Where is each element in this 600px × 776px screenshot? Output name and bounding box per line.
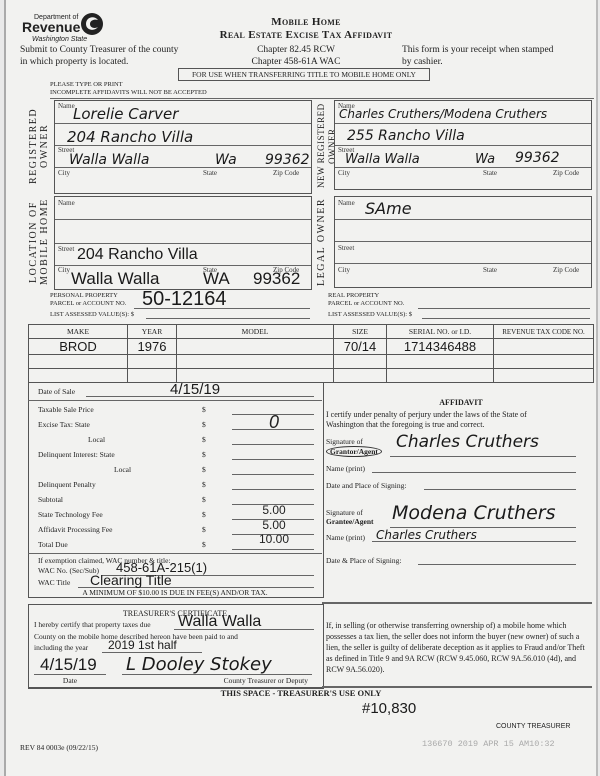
cell-tax-code[interactable] xyxy=(494,339,594,355)
grantor-sig-label-1: Signature of xyxy=(326,437,363,446)
wac-title-label: WAC Title xyxy=(38,578,70,587)
receipt-note-1: This form is your receipt when stamped xyxy=(402,45,553,55)
table-row xyxy=(29,369,594,383)
location-zip[interactable]: 99362 xyxy=(253,269,300,289)
real-parcel-label-1: REAL PROPERTY xyxy=(328,292,379,299)
assessed-label-right: LIST ASSESSED VALUE(S): $ xyxy=(328,311,412,318)
zip-label: Zip Code xyxy=(273,169,299,177)
table-row xyxy=(29,355,594,369)
location-city[interactable]: Walla Walla xyxy=(71,269,159,289)
dor-swirl-icon xyxy=(80,12,104,36)
currency-sign: $ xyxy=(202,495,206,504)
fee-label-delinquent-state: Delinquent Interest: State xyxy=(38,450,115,459)
col-year: YEAR xyxy=(128,325,177,339)
registered-owner-address[interactable]: 204 Rancho Villa xyxy=(67,128,193,146)
affidavit-text-1: I certify under penalty of perjury under… xyxy=(326,410,527,419)
col-model: MODEL xyxy=(177,325,334,339)
fee-label-subtotal: Subtotal xyxy=(38,495,63,504)
cell-make[interactable] xyxy=(29,369,128,383)
form-number: REV 84 0003e (09/22/15) xyxy=(20,743,98,752)
fee-label-excise-local: Local xyxy=(88,435,105,444)
new-owner-name[interactable]: Charles Cruthers/Modena Cruthers xyxy=(339,107,547,121)
date-of-sale-value[interactable]: 4/15/19 xyxy=(170,381,220,398)
state-label: State xyxy=(483,266,497,274)
currency-sign: $ xyxy=(202,540,206,549)
affidavit-form-page: Department of Revenue Washington State M… xyxy=(4,0,598,776)
fee-label-total-due: Total Due xyxy=(38,540,68,549)
affidavit-title: AFFIDAVIT xyxy=(326,398,596,407)
treasurer-cert-text-1: I hereby certify that property taxes due xyxy=(34,620,151,629)
col-tax-code: REVENUE TAX CODE NO. xyxy=(494,325,594,339)
handwritten-amount: #10,830 xyxy=(362,700,416,717)
date-place-label: Date and Place of Signing: xyxy=(326,481,406,490)
stamp-label: COUNTY TREASURER xyxy=(496,723,570,730)
treasurer-cert-date[interactable]: 4/15/19 xyxy=(40,655,97,675)
new-owner-box: Name Charles Cruthers/Modena Cruthers 25… xyxy=(334,100,592,190)
city-label: City xyxy=(338,266,350,274)
date-place-label-2: Date & Place of Signing: xyxy=(326,556,401,565)
new-owner-address[interactable]: 255 Rancho Villa xyxy=(347,128,465,144)
logo-revenue: Revenue xyxy=(22,21,80,34)
currency-sign: $ xyxy=(202,510,206,519)
submit-note-1: Submit to County Treasurer of the county xyxy=(20,45,178,55)
name-label: Name xyxy=(338,199,355,207)
dor-logo: Department of Revenue Washington State xyxy=(18,10,108,44)
location-state[interactable]: WA xyxy=(203,269,230,289)
real-parcel-label-2: PARCEL or ACCOUNT NO. xyxy=(328,300,404,307)
grantor-sig-label-2: Grantor/Agent xyxy=(326,446,382,457)
table-header-row: MAKE YEAR MODEL SIZE SERIAL NO. or I.D. … xyxy=(29,325,594,339)
section-location: LOCATION OF MOBILE HOME xyxy=(28,196,50,288)
registered-owner-box: Name Lorelie Carver 204 Rancho Villa Str… xyxy=(54,100,312,194)
cell-tax-code[interactable] xyxy=(494,355,594,369)
registered-owner-zip[interactable]: 99362 xyxy=(265,152,310,168)
state-label: State xyxy=(203,169,217,177)
currency-sign: $ xyxy=(202,405,206,414)
new-owner-state[interactable]: Wa xyxy=(475,152,495,167)
fee-value-processing-fee[interactable]: 5.00 xyxy=(236,518,312,532)
col-size: SIZE xyxy=(334,325,387,339)
use-banner: FOR USE WHEN TRANSFERRING TITLE TO MOBIL… xyxy=(178,68,430,81)
grantor-signature[interactable]: Charles Cruthers xyxy=(396,432,539,452)
grantee-signature[interactable]: Modena Cruthers xyxy=(392,502,556,524)
city-label: City xyxy=(58,169,70,177)
table-row: BROD 1976 70/14 1714346488 xyxy=(29,339,594,355)
treasurer-cert-date-label: Date xyxy=(34,676,106,685)
name-label: Name xyxy=(58,199,75,207)
location-box: Name Street 204 Rancho Villa City State … xyxy=(54,196,312,290)
registered-owner-state[interactable]: Wa xyxy=(215,152,237,168)
fee-label-excise-state: Excise Tax: State xyxy=(38,420,90,429)
currency-sign: $ xyxy=(202,450,206,459)
currency-sign: $ xyxy=(202,465,206,474)
treasurer-cert-county[interactable]: Walla Walla xyxy=(178,613,261,631)
section-legal-owner: LEGAL OWNER xyxy=(316,196,327,288)
submit-note-2: in which property is located. xyxy=(20,57,128,67)
date-of-sale-label: Date of Sale xyxy=(38,387,75,396)
registered-owner-name[interactable]: Lorelie Carver xyxy=(73,105,178,123)
cashier-stamp: 136670 2019 APR 15 AM10:32 xyxy=(422,739,555,749)
fee-label-delinquent-local: Local xyxy=(114,465,131,474)
new-owner-zip[interactable]: 99362 xyxy=(515,150,560,166)
cell-serial[interactable] xyxy=(387,369,494,383)
chapter-wac: Chapter 458-61A WAC xyxy=(226,57,366,67)
fee-label-processing-fee: Affidavit Processing Fee xyxy=(38,525,112,534)
currency-sign: $ xyxy=(202,435,206,444)
fee-value-total-due[interactable]: 10.00 xyxy=(236,532,312,546)
grantee-sig-label-2: Grantee/Agent xyxy=(326,517,374,526)
legal-owner-box: Name SAme Street City State Zip Code xyxy=(334,196,592,288)
grantee-sig-label-1: Signature of xyxy=(326,508,363,517)
instruction-incomplete: INCOMPLETE AFFIDAVITS WILL NOT BE ACCEPT… xyxy=(50,89,207,96)
zip-label: Zip Code xyxy=(553,169,579,177)
personal-parcel-label-2: PARCEL or ACCOUNT NO. xyxy=(50,300,126,307)
wac-title-value[interactable]: Clearing Title xyxy=(90,572,172,588)
lien-notice: If, in selling (or otherwise transferrin… xyxy=(326,620,592,675)
treasurer-signature[interactable]: L Dooley Stokey xyxy=(126,654,272,675)
col-make: MAKE xyxy=(29,325,128,339)
zip-label: Zip Code xyxy=(553,266,579,274)
fee-label-taxable-price: Taxable Sale Price xyxy=(38,405,94,414)
cell-model[interactable] xyxy=(177,339,334,355)
state-label: State xyxy=(483,169,497,177)
cell-make[interactable] xyxy=(29,355,128,369)
col-serial: SERIAL NO. or I.D. xyxy=(387,325,494,339)
cell-tax-code[interactable] xyxy=(494,369,594,383)
treasurer-cert-text-3: including the year xyxy=(34,643,88,652)
mobile-home-table: MAKE YEAR MODEL SIZE SERIAL NO. or I.D. … xyxy=(28,324,594,383)
fee-label-delinquent-penalty: Delinquent Penalty xyxy=(38,480,96,489)
cell-year[interactable] xyxy=(128,355,177,369)
currency-sign: $ xyxy=(202,420,206,429)
treasurer-space-label: THIS SPACE - TREASURER'S USE ONLY xyxy=(6,688,596,698)
legal-owner-name[interactable]: SAme xyxy=(365,199,412,218)
registered-owner-city[interactable]: Walla Walla xyxy=(69,152,149,168)
street-label: Street xyxy=(338,244,354,252)
form-title-2: Real Estate Excise Tax Affidavit xyxy=(166,29,446,41)
cell-size[interactable] xyxy=(334,369,387,383)
cell-serial[interactable]: 1714346488 xyxy=(387,339,494,355)
fee-label-tech-fee: State Technology Fee xyxy=(38,510,103,519)
cell-year[interactable]: 1976 xyxy=(128,339,177,355)
cell-size[interactable]: 70/14 xyxy=(334,339,387,355)
treasurer-cert-signer-label: County Treasurer or Deputy xyxy=(122,676,312,685)
instruction-type-print: PLEASE TYPE OR PRINT xyxy=(50,81,123,88)
currency-sign: $ xyxy=(202,525,206,534)
minimum-note: A MINIMUM OF $10.00 IS DUE IN FEE(S) AND… xyxy=(28,588,322,597)
city-label: City xyxy=(58,266,70,274)
grantor-name-print-label: Name (print) xyxy=(326,464,365,473)
location-street[interactable]: 204 Rancho Villa xyxy=(77,246,198,264)
currency-sign: $ xyxy=(202,480,206,489)
form-title-1: Mobile Home xyxy=(166,16,446,28)
cell-model[interactable] xyxy=(177,355,334,369)
grantee-name-print[interactable]: Charles Cruthers xyxy=(376,528,477,542)
receipt-note-2: by cashier. xyxy=(402,57,443,67)
cell-make[interactable]: BROD xyxy=(29,339,128,355)
treasurer-cert-title: TREASURER'S CERTIFICATE xyxy=(28,609,322,618)
fee-value-tech-fee[interactable]: 5.00 xyxy=(236,503,312,517)
affidavit-text-2: Washington that the foregoing is true an… xyxy=(326,420,484,429)
cell-serial[interactable] xyxy=(387,355,494,369)
logo-state: Washington State xyxy=(32,36,87,43)
personal-parcel-label-1: PERSONAL PROPERTY xyxy=(50,292,118,299)
chapter-rcw: Chapter 82.45 RCW xyxy=(226,45,366,55)
new-owner-city[interactable]: Walla Walla xyxy=(345,152,420,167)
fee-value-excise-state[interactable]: 0 xyxy=(236,412,312,433)
grantee-name-print-label: Name (print) xyxy=(326,533,365,542)
street-label: Street xyxy=(58,245,74,253)
city-label: City xyxy=(338,169,350,177)
treasurer-cert-year[interactable]: 2019 1st half xyxy=(108,638,177,652)
cell-size[interactable] xyxy=(334,355,387,369)
section-registered-owner: REGISTERED OWNER xyxy=(28,100,50,192)
assessed-label-left: LIST ASSESSED VALUE(S): $ xyxy=(50,311,134,318)
personal-parcel-value[interactable]: 50-12164 xyxy=(142,288,227,311)
